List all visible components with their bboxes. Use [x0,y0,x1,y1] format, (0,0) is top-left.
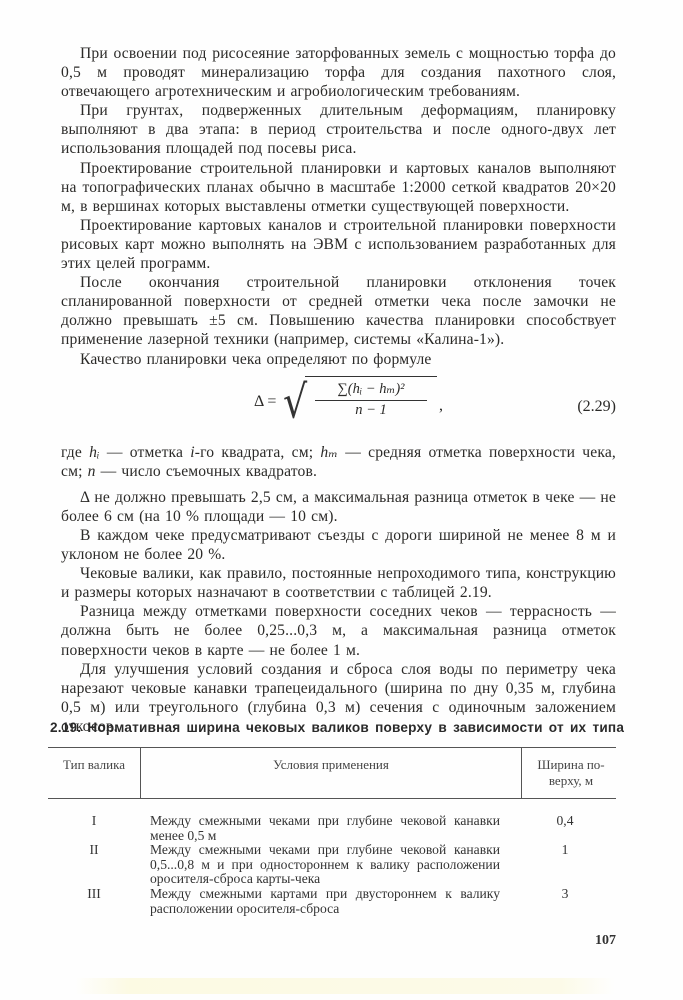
table-2-19: Тип валика Условия применения Ширина по-… [48,747,616,799]
cell-width: 0,4 [510,814,620,829]
sqrt-sign-icon: √ [283,379,307,425]
formula-denominator: n − 1 [311,401,431,419]
formula-lhs: Δ = [254,393,276,411]
symbol-n: n [88,463,96,480]
paragraph: Проектирование строительной планировки и… [61,159,616,216]
header-type: Тип валика [48,757,140,773]
paragraph: При грунтах, подверженных длительным деф… [61,101,616,158]
text: -го квадрата, см; [195,444,321,461]
header-width: Ширина по- верху, м [524,757,618,789]
text: — отметка [100,444,191,461]
paper-show-through [75,978,615,994]
cell-conditions: Между смежными чеками при глубине чеково… [150,814,500,843]
paragraph: После окончания строительной планировки … [61,273,616,349]
paragraph: При освоении под рисосеяние заторфованны… [61,44,616,101]
formula-numerator: ∑(hᵢ − hₘ)² [311,375,431,398]
page-body: При освоении под рисосеяние заторфованны… [61,44,616,736]
cell-type: II [48,843,140,858]
paragraph: Чековые валики, как правило, постоянные … [61,564,616,602]
cell-width: 1 [510,843,620,858]
header-conditions: Условия применения [141,757,521,773]
formula-fraction: ∑(hᵢ − hₘ)² n − 1 [311,375,431,419]
cell-conditions: Между смежными картами при двустороннем … [150,887,500,916]
page-number: 107 [595,933,616,949]
paragraph: Качество планировки чека определяют по ф… [61,350,616,369]
cell-width: 3 [510,887,620,902]
paragraph: Разница между отметками поверхности сосе… [61,602,616,659]
cell-type: III [48,887,140,902]
table-title: 2.19. Нормативная ширина чековых валиков… [50,720,616,735]
paragraph: Δ не должно превышать 2,5 см, а максимал… [61,488,616,526]
formula-comma: , [439,397,443,415]
paragraph: В каждом чеке предусматривают съезды с д… [61,526,616,564]
symbol-hm: hₘ [320,444,338,461]
cell-conditions: Между смежными чеками при глубине чеково… [150,843,500,887]
text: где [61,444,89,461]
paragraph: Проектирование картовых каналов и строит… [61,216,616,273]
formula-2-29: Δ = √ ∑(hᵢ − hₘ)² n − 1 , (2.29) [61,373,616,443]
equation-number: (2.29) [577,398,616,416]
column-divider [521,748,522,798]
cell-type: I [48,814,140,829]
symbol-hi: hᵢ [89,444,100,461]
text: — число съемочных квадратов. [96,463,317,480]
table-header: Тип валика Условия применения Ширина по-… [48,747,616,799]
column-divider [140,748,141,798]
formula-explanation: где hᵢ — отметка i-го квадрата, см; hₘ —… [61,443,616,481]
